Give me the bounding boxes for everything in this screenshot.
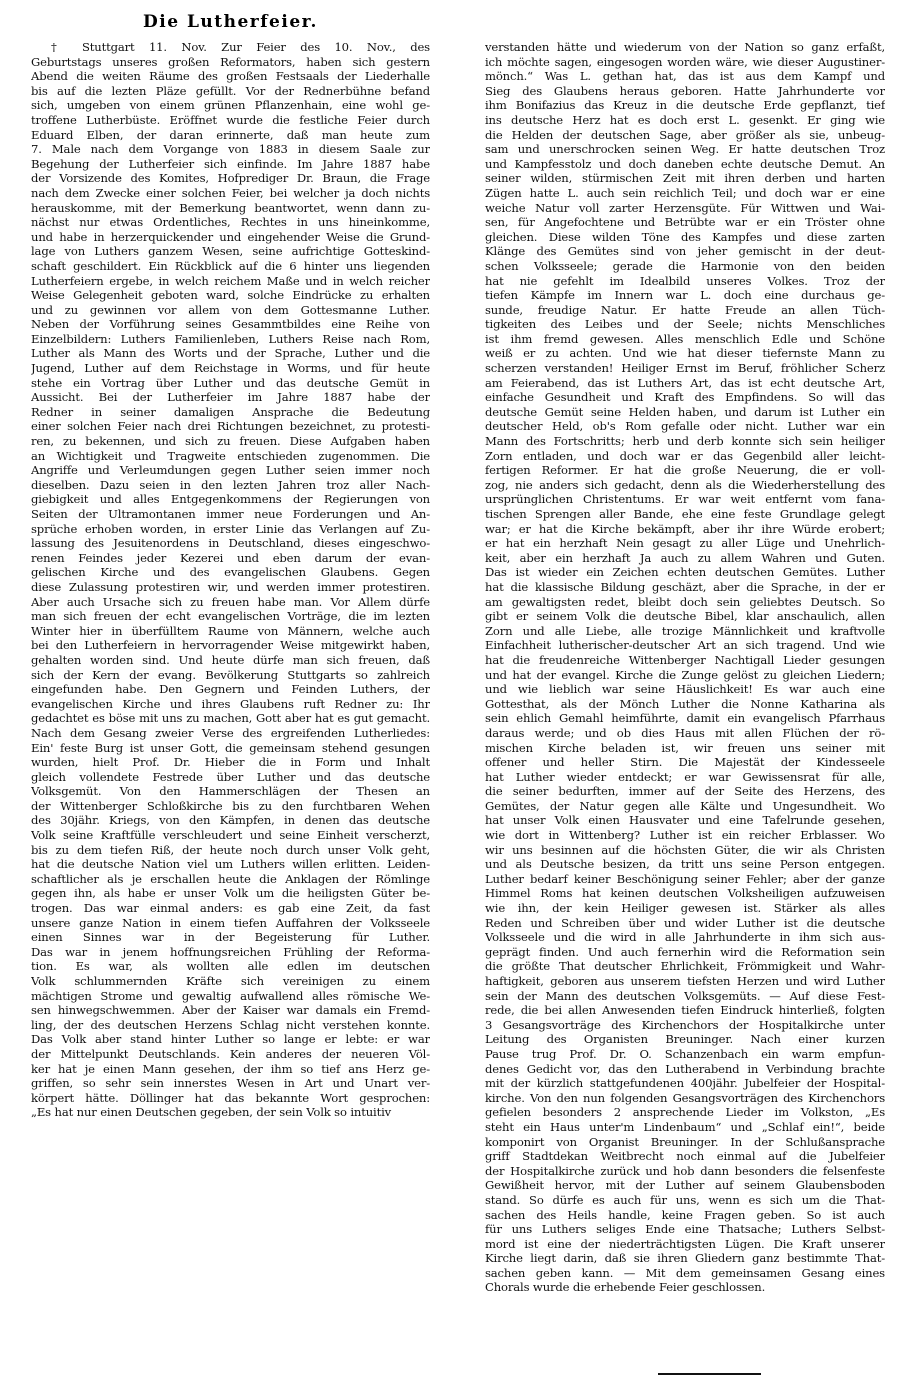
text-line: stand. So dürfe es auch für uns, wenn es…: [485, 1193, 885, 1208]
text-line: der Wittenberger Schloßkirche bis zu den…: [31, 799, 430, 814]
text-line: wie ihn, der kein Heiliger gewesen ist. …: [485, 901, 885, 916]
text-line: hat unser Volk einen Hausvater und eine …: [485, 813, 885, 828]
text-line: des 30jähr. Kriegs, von den Kämpfen, in …: [31, 813, 430, 828]
text-line: herauskomme, mit der Bemerkung beantwort…: [31, 201, 430, 216]
text-line: ling, der des deutschen Herzens Schlag n…: [31, 1018, 430, 1033]
text-line: einen Sinnes war in der Begeisterung für…: [31, 930, 430, 945]
text-line: griff Stadtdekan Weitbrecht noch einmal …: [485, 1149, 885, 1164]
text-line: „Es hat nur einen Deutschen gegeben, der…: [31, 1105, 430, 1120]
text-line: lassung des Jesuitenordens in Deutschlan…: [31, 536, 430, 551]
text-line: Volksseele und die wird in alle Jahrhund…: [485, 930, 885, 945]
text-line: Zügen hatte L. auch sein reichlich Teil;…: [485, 186, 885, 201]
text-line: ihm Bonifazius das Kreuz in die deutsche…: [485, 98, 885, 113]
text-line: sich, umgeben von einem grünen Pflanzenh…: [31, 98, 430, 113]
text-line: Gewißheit hervor, mit der Luther auf sei…: [485, 1178, 885, 1193]
text-line: und Kampfesstolz und doch daneben echte …: [485, 157, 885, 172]
text-line: für uns Luthers seliges Ende eine Thatsa…: [485, 1222, 885, 1237]
text-line: und habe in herzerquickender und eingehe…: [31, 230, 430, 245]
text-line: sein ehlich Gemahl heimführte, damit ein…: [485, 711, 885, 726]
text-line: bis zu dem tiefen Riß, der heute noch du…: [31, 843, 430, 858]
text-line: sen hinwegschwemmen. Aber der Kaiser war…: [31, 1003, 430, 1018]
text-line: tischen Sprengen aller Bande, ehe eine f…: [485, 507, 885, 522]
text-line: sprüche erhoben worden, in erster Linie …: [31, 522, 430, 537]
text-line: 7. Male nach dem Vorgange von 1883 in di…: [31, 142, 430, 157]
text-line: eingefunden habe. Den Gegnern und Feinde…: [31, 682, 430, 697]
newspaper-page: Die Lutherfeier. † Stuttgart 11. Nov. Zu…: [0, 0, 920, 1385]
text-line: mächtigen Strome und gewaltig aufwallend…: [31, 989, 430, 1004]
text-line: mord ist eine der niederträchtigsten Lüg…: [485, 1237, 885, 1252]
text-line: Pause trug Prof. Dr. O. Schanzenbach ein…: [485, 1047, 885, 1062]
text-line: gleich vollendete Festrede über Luther u…: [31, 770, 430, 785]
text-line: mönch.“ Was L. gethan hat, das ist aus d…: [485, 69, 885, 84]
article-title: Die Lutherfeier.: [31, 12, 430, 32]
text-line: sunde, freudige Natur. Er hatte Freude a…: [485, 303, 885, 318]
text-line: einer solchen Feier nach drei Richtungen…: [31, 419, 430, 434]
text-line: am Feierabend, das ist Luthers Art, das …: [485, 376, 885, 391]
text-line: komponirt von Organist Breuninger. In de…: [485, 1135, 885, 1150]
text-line: weiche Natur voll zarter Herzensgüte. Fü…: [485, 201, 885, 216]
text-line: stehe ein Vortrag über Luther und das de…: [31, 376, 430, 391]
text-line: ist ihm fremd gewesen. Alles menschlich …: [485, 332, 885, 347]
text-line: Angriffe und Verleumdungen gegen Luther …: [31, 463, 430, 478]
text-line: gefielen besonders 2 ansprechende Lieder…: [485, 1105, 885, 1120]
right-column-text: verstanden hätte und wiederum von der Na…: [485, 40, 885, 1295]
text-line: troffene Lutherbüste. Eröffnet wurde die…: [31, 113, 430, 128]
text-line: Einfachheit lutherischer-deutscher Art a…: [485, 638, 885, 653]
text-line: deutsche Gemüt seine Helden haben, und d…: [485, 405, 885, 420]
text-line: renen Feindes jeder Kezerei und eben dar…: [31, 551, 430, 566]
text-line: sachen geben kann. — Mit dem gemeinsamen…: [485, 1266, 885, 1281]
text-line: Seiten der Ultramontanen immer neue Ford…: [31, 507, 430, 522]
text-line: nach dem Zwecke einer solchen Feier, bei…: [31, 186, 430, 201]
text-line: Luther bedarf keiner Beschönigung seiner…: [485, 872, 885, 887]
text-line: nächst nur etwas Ordentliches, Rechtes i…: [31, 215, 430, 230]
text-line: keit, aber ein herzhaft Ja auch zu allem…: [485, 551, 885, 566]
text-line: gehalten worden sind. Und heute dürfe ma…: [31, 653, 430, 668]
text-line: der Hospitalkirche zurück und hob dann b…: [485, 1164, 885, 1179]
text-line: Ein' feste Burg ist unser Gott, die geme…: [31, 741, 430, 756]
text-line: Mann des Fortschritts; herb und derb kon…: [485, 434, 885, 449]
text-line: gedachtet es böse mit uns zu machen, Got…: [31, 711, 430, 726]
text-line: Zorn entladen, und doch war er das Gegen…: [485, 449, 885, 464]
text-line: Chorals wurde die erhebende Feier geschl…: [485, 1280, 885, 1295]
text-line: Das war in jenem hoffnungsreichen Frühli…: [31, 945, 430, 960]
text-line: tion. Es war, als wollten alle edlen im …: [31, 959, 430, 974]
text-line: Neben der Vorführung seines Gesammtbilde…: [31, 317, 430, 332]
text-line: denes Gedicht vor, das den Lutherabend i…: [485, 1062, 885, 1077]
text-line: scherzen verstanden! Heiliger Ernst im B…: [485, 361, 885, 376]
text-line: körpert hätte. Döllinger hat das bekannt…: [31, 1091, 430, 1106]
text-line: mit der kürzlich stattgefundenen 400jähr…: [485, 1076, 885, 1091]
text-line: und hat der evangel. Kirche die Zunge ge…: [485, 668, 885, 683]
text-line: und als Deutsche besizen, da tritt uns s…: [485, 857, 885, 872]
text-line: Gottesthat, als der Mönch Luther die Non…: [485, 697, 885, 712]
text-line: Jugend, Luther auf dem Reichstage in Wor…: [31, 361, 430, 376]
text-line: Himmel Roms hat keinen deutschen Volkshe…: [485, 886, 885, 901]
text-line: giebigkeit und alles Entgegenkommens der…: [31, 492, 430, 507]
text-line: sich der Kern der evang. Bevölkerung Stu…: [31, 668, 430, 683]
text-line: fertigen Reformer. Er hat die große Neue…: [485, 463, 885, 478]
text-line: bei den Lutherfeiern in hervorragender W…: [31, 638, 430, 653]
text-line: die Helden der deutschen Sage, aber größ…: [485, 128, 885, 143]
text-line: trogen. Das war einmal anders: es gab ei…: [31, 901, 430, 916]
text-line: weiß er zu achten. Und wie hat dieser ti…: [485, 346, 885, 361]
text-line: sachen des Heils handle, keine Fragen ge…: [485, 1208, 885, 1223]
text-line: Aussicht. Bei der Lutherfeier im Jahre 1…: [31, 390, 430, 405]
text-line: kirche. Von den nun folgenden Gesangsvor…: [485, 1091, 885, 1106]
text-line: offener und heller Stirn. Die Majestät d…: [485, 755, 885, 770]
text-line: hat die klassische Bildung geschäzt, abe…: [485, 580, 885, 595]
text-line: war; er hat die Kirche bekämpft, aber ih…: [485, 522, 885, 537]
text-line: ich möchte sagen, eingesogen worden wäre…: [485, 55, 885, 70]
text-line: Abend die weiten Räume des großen Festsa…: [31, 69, 430, 84]
text-line: gelischen Kirche und des evangelischen G…: [31, 565, 430, 580]
text-line: Reden und Schreiben über und wider Luthe…: [485, 916, 885, 931]
text-line: die seiner bedurften, immer auf der Seit…: [485, 784, 885, 799]
text-line: unsere ganze Nation in einem tiefen Auff…: [31, 916, 430, 931]
text-line: die größte That deutscher Ehrlichkeit, F…: [485, 959, 885, 974]
text-line: der Vorsizende des Komites, Hofprediger …: [31, 171, 430, 186]
text-line: dieselben. Dazu seien in den lezten Jahr…: [31, 478, 430, 493]
text-line: † Stuttgart 11. Nov. Zur Feier des 10. N…: [31, 40, 430, 55]
text-line: am gewaltigsten redet, bleibt doch sein …: [485, 595, 885, 610]
text-line: hat die freudenreiche Wittenberger Nacht…: [485, 653, 885, 668]
text-line: gibt er seinem Volk die deutsche Bibel, …: [485, 609, 885, 624]
text-line: Kirche liegt darin, daß sie ihren Gliede…: [485, 1251, 885, 1266]
text-line: deutscher Held, ob's Rom gefalle oder ni…: [485, 419, 885, 434]
text-line: Begehung der Lutherfeier sich einfinde. …: [31, 157, 430, 172]
text-line: zog, nie anders sich gedacht, denn als d…: [485, 478, 885, 493]
text-line: ren, zu bekennen, und sich zu freuen. Di…: [31, 434, 430, 449]
text-line: tigkeiten des Leibes und der Seele; nich…: [485, 317, 885, 332]
text-line: hat Luther wieder entdeckt; er war Gewis…: [485, 770, 885, 785]
text-line: evangelischen Kirche und ihres Glaubens …: [31, 697, 430, 712]
text-line: geprägt finden. Und auch fernerhin wird …: [485, 945, 885, 960]
text-line: schaft geschildert. Ein Rückblick auf di…: [31, 259, 430, 274]
text-line: bis auf die lezten Pläze gefüllt. Vor de…: [31, 84, 430, 99]
text-line: und zu gewinnen vor allem von dem Gottes…: [31, 303, 430, 318]
text-line: Nach dem Gesang zweier Verse des ergreif…: [31, 726, 430, 741]
text-line: tiefen Kämpfe im Innern war L. doch eine…: [485, 288, 885, 303]
text-line: Volksgemüt. Von den Hammerschlägen der T…: [31, 784, 430, 799]
text-line: er hat ein herzhaft Nein gesagt zu aller…: [485, 536, 885, 551]
text-line: Luther als Mann des Worts und der Sprach…: [31, 346, 430, 361]
text-line: Sieg des Glaubens heraus geboren. Hatte …: [485, 84, 885, 99]
text-line: diese Zulassung protestiren wir, und wer…: [31, 580, 430, 595]
text-line: Redner in seiner damaligen Ansprache die…: [31, 405, 430, 420]
text-line: seiner wilden, stürmischen Zeit mit ihre…: [485, 171, 885, 186]
text-line: 3 Gesangsvorträge des Kirchenchors der H…: [485, 1018, 885, 1033]
text-line: verstanden hätte und wiederum von der Na…: [485, 40, 885, 55]
text-line: Das Volk aber stand hinter Luther so lan…: [31, 1032, 430, 1047]
text-line: Einzelbildern: Luthers Familienleben, Lu…: [31, 332, 430, 347]
text-line: gegen ihn, als habe er unser Volk um die…: [31, 886, 430, 901]
text-line: Das ist wieder ein Zeichen echten deutsc…: [485, 565, 885, 580]
text-line: Zorn und alle Liebe, alle trozige Männli…: [485, 624, 885, 639]
text-line: man sich freuen der echt evangelischen V…: [31, 609, 430, 624]
left-column-text: † Stuttgart 11. Nov. Zur Feier des 10. N…: [31, 40, 430, 1120]
text-line: ker hat je einen Mann gesehen, der ihm s…: [31, 1062, 430, 1077]
text-line: sen, für Angefochtene und Betrübte war e…: [485, 215, 885, 230]
text-line: sein der Mann des deutschen Volksgemüts.…: [485, 989, 885, 1004]
text-line: sam und unerschrocken seinen Weg. Er hat…: [485, 142, 885, 157]
text-line: der Mittelpunkt Deutschlands. Kein ander…: [31, 1047, 430, 1062]
text-line: schaftlicher als je erschallen heute die…: [31, 872, 430, 887]
text-line: wie dort in Wittenberg? Luther ist ein r…: [485, 828, 885, 843]
text-line: rede, die bei allen Anwesenden tiefen Ei…: [485, 1003, 885, 1018]
text-line: gleichen. Diese wilden Töne des Kampfes …: [485, 230, 885, 245]
text-line: Volk seine Kraftfülle verschleudert und …: [31, 828, 430, 843]
text-line: hat die deutsche Nation viel um Luthers …: [31, 857, 430, 872]
text-line: lage von Luthers ganzem Wesen, seine auf…: [31, 244, 430, 259]
text-line: Leitung des Organisten Breuninger. Nach …: [485, 1032, 885, 1047]
text-line: daraus werde; und ob dies Haus mit allen…: [485, 726, 885, 741]
text-line: Klänge des Gemütes sind von jeher gemisc…: [485, 244, 885, 259]
text-line: hat nie gefehlt im Idealbild unseres Vol…: [485, 274, 885, 289]
text-line: wir uns besinnen auf die höchsten Güter,…: [485, 843, 885, 858]
text-line: an Wichtigkeit und Tragweite entschieden…: [31, 449, 430, 464]
text-line: Geburtstags unseres großen Reformators, …: [31, 55, 430, 70]
text-line: Gemütes, der Natur gegen alle Kälte und …: [485, 799, 885, 814]
text-line: Eduard Elben, der daran erinnerte, daß m…: [31, 128, 430, 143]
text-line: Winter hier in überfülltem Raume von Män…: [31, 624, 430, 639]
text-line: Aber auch Ursache sich zu freuen habe ma…: [31, 595, 430, 610]
text-line: Lutherfeiern ergebe, in welch reichem Ma…: [31, 274, 430, 289]
text-line: griffen, so sehr sein innerstes Wesen in…: [31, 1076, 430, 1091]
article-end-rule: [658, 1373, 761, 1375]
text-line: haftigkeit, geboren aus unserem tiefsten…: [485, 974, 885, 989]
text-line: schen Volksseele; gerade die Harmonie vo…: [485, 259, 885, 274]
text-line: mischen Kirche beladen ist, wir freuen u…: [485, 741, 885, 756]
text-line: ursprünglichen Christentums. Er war weit…: [485, 492, 885, 507]
text-line: Volk schlummernden Kräfte sich vereinige…: [31, 974, 430, 989]
text-line: ins deutsche Herz hat es doch erst L. ge…: [485, 113, 885, 128]
text-line: einfache Gesundheit und Kraft des Empfin…: [485, 390, 885, 405]
text-line: wurden, hielt Prof. Dr. Hieber die in Fo…: [31, 755, 430, 770]
text-line: steht ein Haus unter'm Lindenbaum“ und „…: [485, 1120, 885, 1135]
text-line: Weise Gelegenheit geboten ward, solche E…: [31, 288, 430, 303]
text-line: und wie lieblich war seine Häuslichkeit!…: [485, 682, 885, 697]
